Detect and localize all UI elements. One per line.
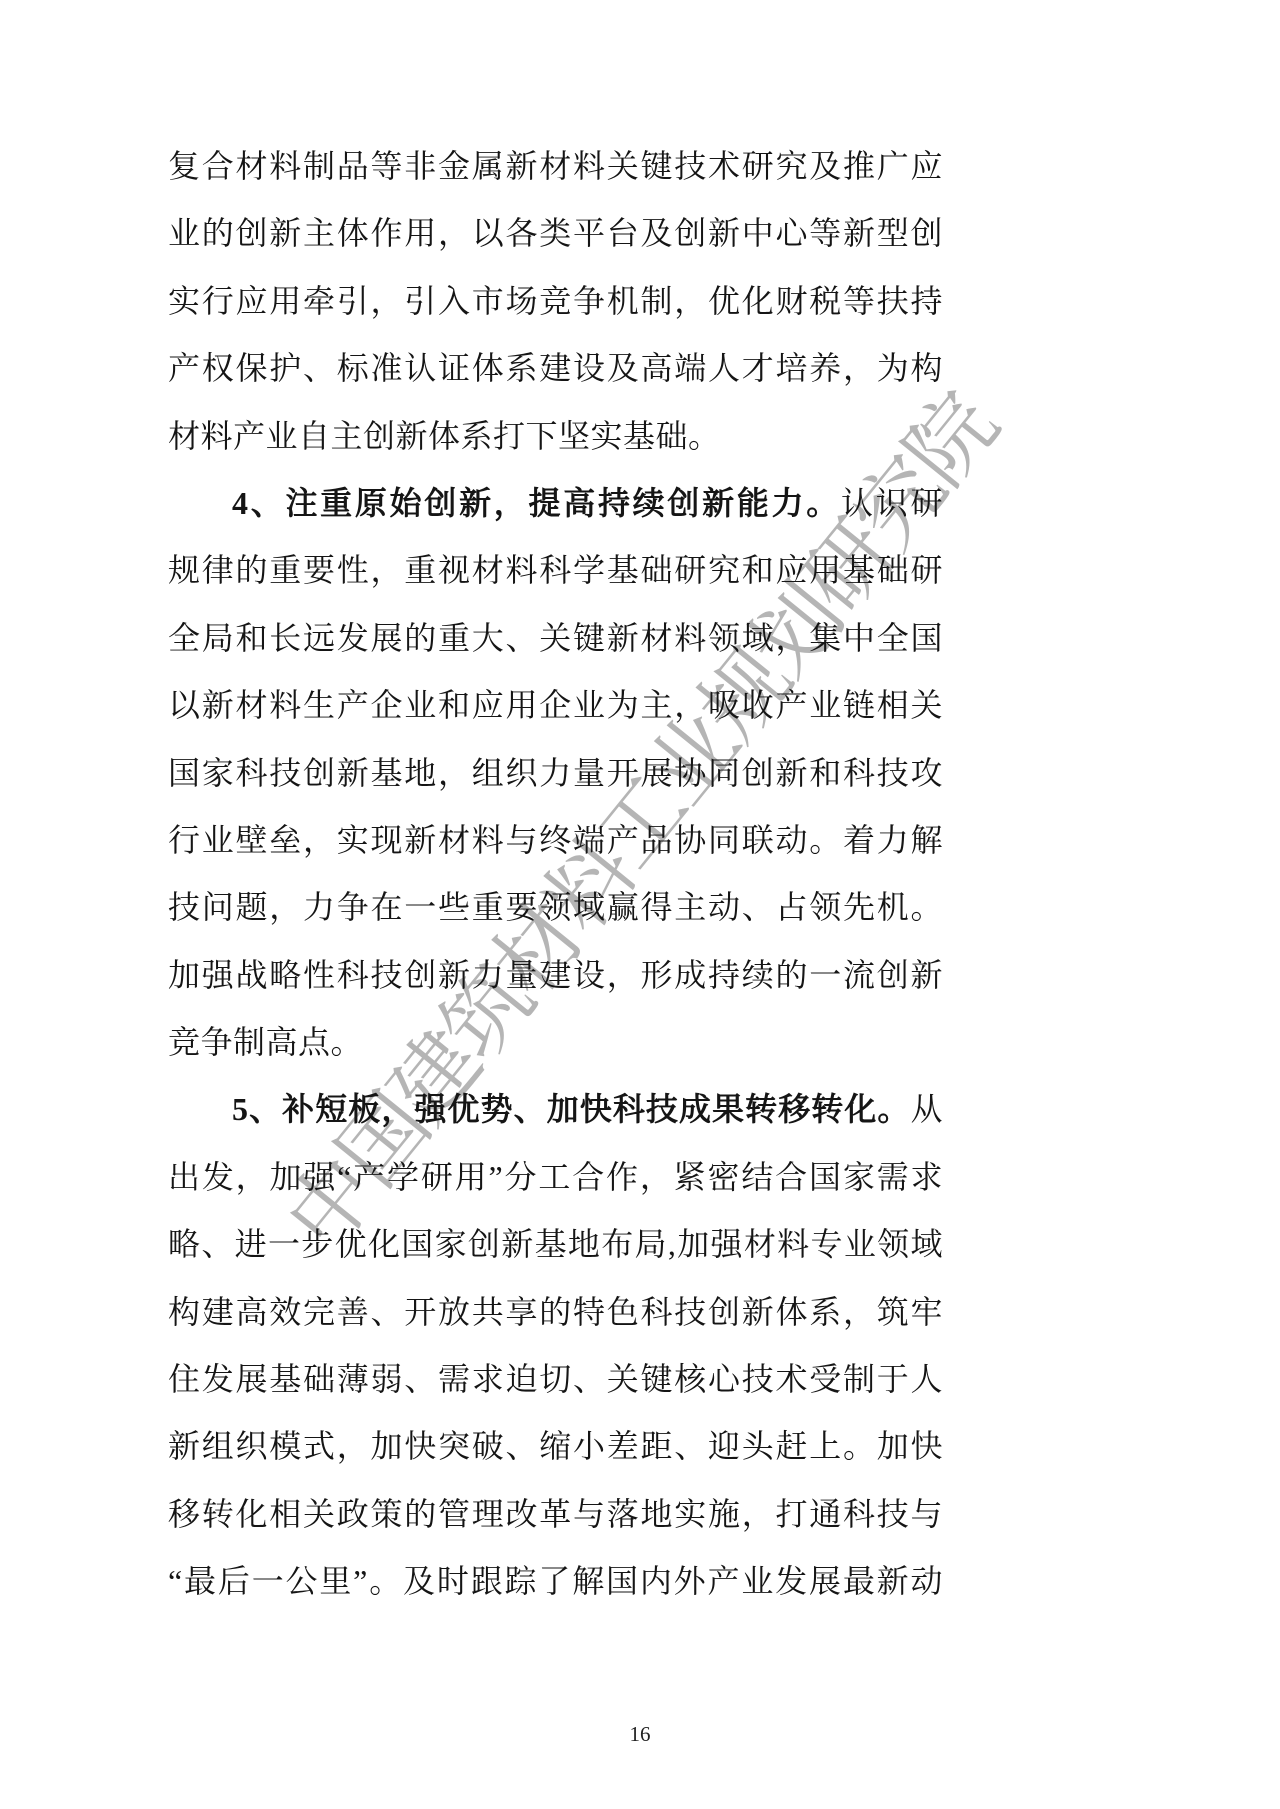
text-line: 材料产业自主创新体系打下坚实基础。 <box>168 403 943 470</box>
text-line: 住发展基础薄弱、需求迫切、关键核心技术受制于人的战略领域，创 <box>168 1346 943 1413</box>
paragraph-item-4: 4、注重原始创新，提高持续创新能力。认识研发、生产、应用 规律的重要性，重视材料… <box>168 470 943 1077</box>
text-line: 全局和长远发展的重大、关键新材料领域，集中全国优势科技资源， <box>168 605 943 672</box>
text-line: 业的创新主体作用，以各类平台及创新中心等新型创新机构为载体， <box>168 200 943 267</box>
text-line: 5、补短板，强优势、加快科技成果转移转化。从科技创新规律 <box>168 1076 943 1143</box>
text-line: 技问题，力争在一些重要领域赢得主动、占领先机。并以此为基础， <box>168 874 943 941</box>
text-line: 出发，加强“产学研用”分工合作，紧密结合国家需求和区域发展战 <box>168 1144 943 1211</box>
text-line: 构建高效完善、开放共享的特色科技创新体系，筑牢发展的根基。抓 <box>168 1279 943 1346</box>
text-line: 新组织模式，加快突破、缩小差距、迎头赶上。加快推动科技成果转 <box>168 1413 943 1480</box>
text-line: 国家科技创新基地，组织力量开展协同创新和科技攻关，打破技术与 <box>168 740 943 807</box>
text-line: “最后一公里”。及时跟踪了解国内外产业发展最新动态，一方面要 <box>168 1548 943 1615</box>
paragraph-item-5: 5、补短板，强优势、加快科技成果转移转化。从科技创新规律 出发，加强“产学研用”… <box>168 1076 943 1615</box>
paragraph-5-heading: 5、补短板，强优势、加快科技成果转移转化。 <box>232 1091 910 1127</box>
paragraph-4-heading: 4、注重原始创新，提高持续创新能力。 <box>232 485 841 521</box>
text-line: 加强战略性科技创新力量建设，形成持续的一流创新能力，抢占前沿 <box>168 942 943 1009</box>
text-line: 略、进一步优化国家创新基地布局,加强材料专业领域学科基础建设， <box>168 1211 943 1278</box>
text-line: 实行应用牵引，引入市场竞争机制，优化财税等扶持政策，注重知识 <box>168 268 943 335</box>
page-content: 复合材料制品等非金属新材料关键技术研究及推广应用。充分发挥企 业的创新主体作用，… <box>168 133 943 1616</box>
text-line: 竞争制高点。 <box>168 1009 943 1076</box>
text-line: 4、注重原始创新，提高持续创新能力。认识研发、生产、应用 <box>168 470 943 537</box>
document-page: 中国建筑材料工业规划研究院 复合材料制品等非金属新材料关键技术研究及推广应用。充… <box>0 0 1280 1809</box>
text-line: 行业壁垒，实现新材料与终端产品协同联动。着力解决一批战略性科 <box>168 807 943 874</box>
page-number: 16 <box>0 1722 1280 1747</box>
text-line: 以新材料生产企业和应用企业为主，吸收产业链相关单位，衔接已有 <box>168 672 943 739</box>
text-line: 产权保护、标准认证体系建设及高端人才培养，为构建我国非金属新 <box>168 335 943 402</box>
text-line: 移转化相关政策的管理改革与落地实施，打通科技与经济结合通道的 <box>168 1481 943 1548</box>
text-line: 规律的重要性，重视材料科学基础研究和应用基础研究，在事关国家 <box>168 537 943 604</box>
text-line: 复合材料制品等非金属新材料关键技术研究及推广应用。充分发挥企 <box>168 133 943 200</box>
paragraph-continuation: 复合材料制品等非金属新材料关键技术研究及推广应用。充分发挥企 业的创新主体作用，… <box>168 133 943 470</box>
